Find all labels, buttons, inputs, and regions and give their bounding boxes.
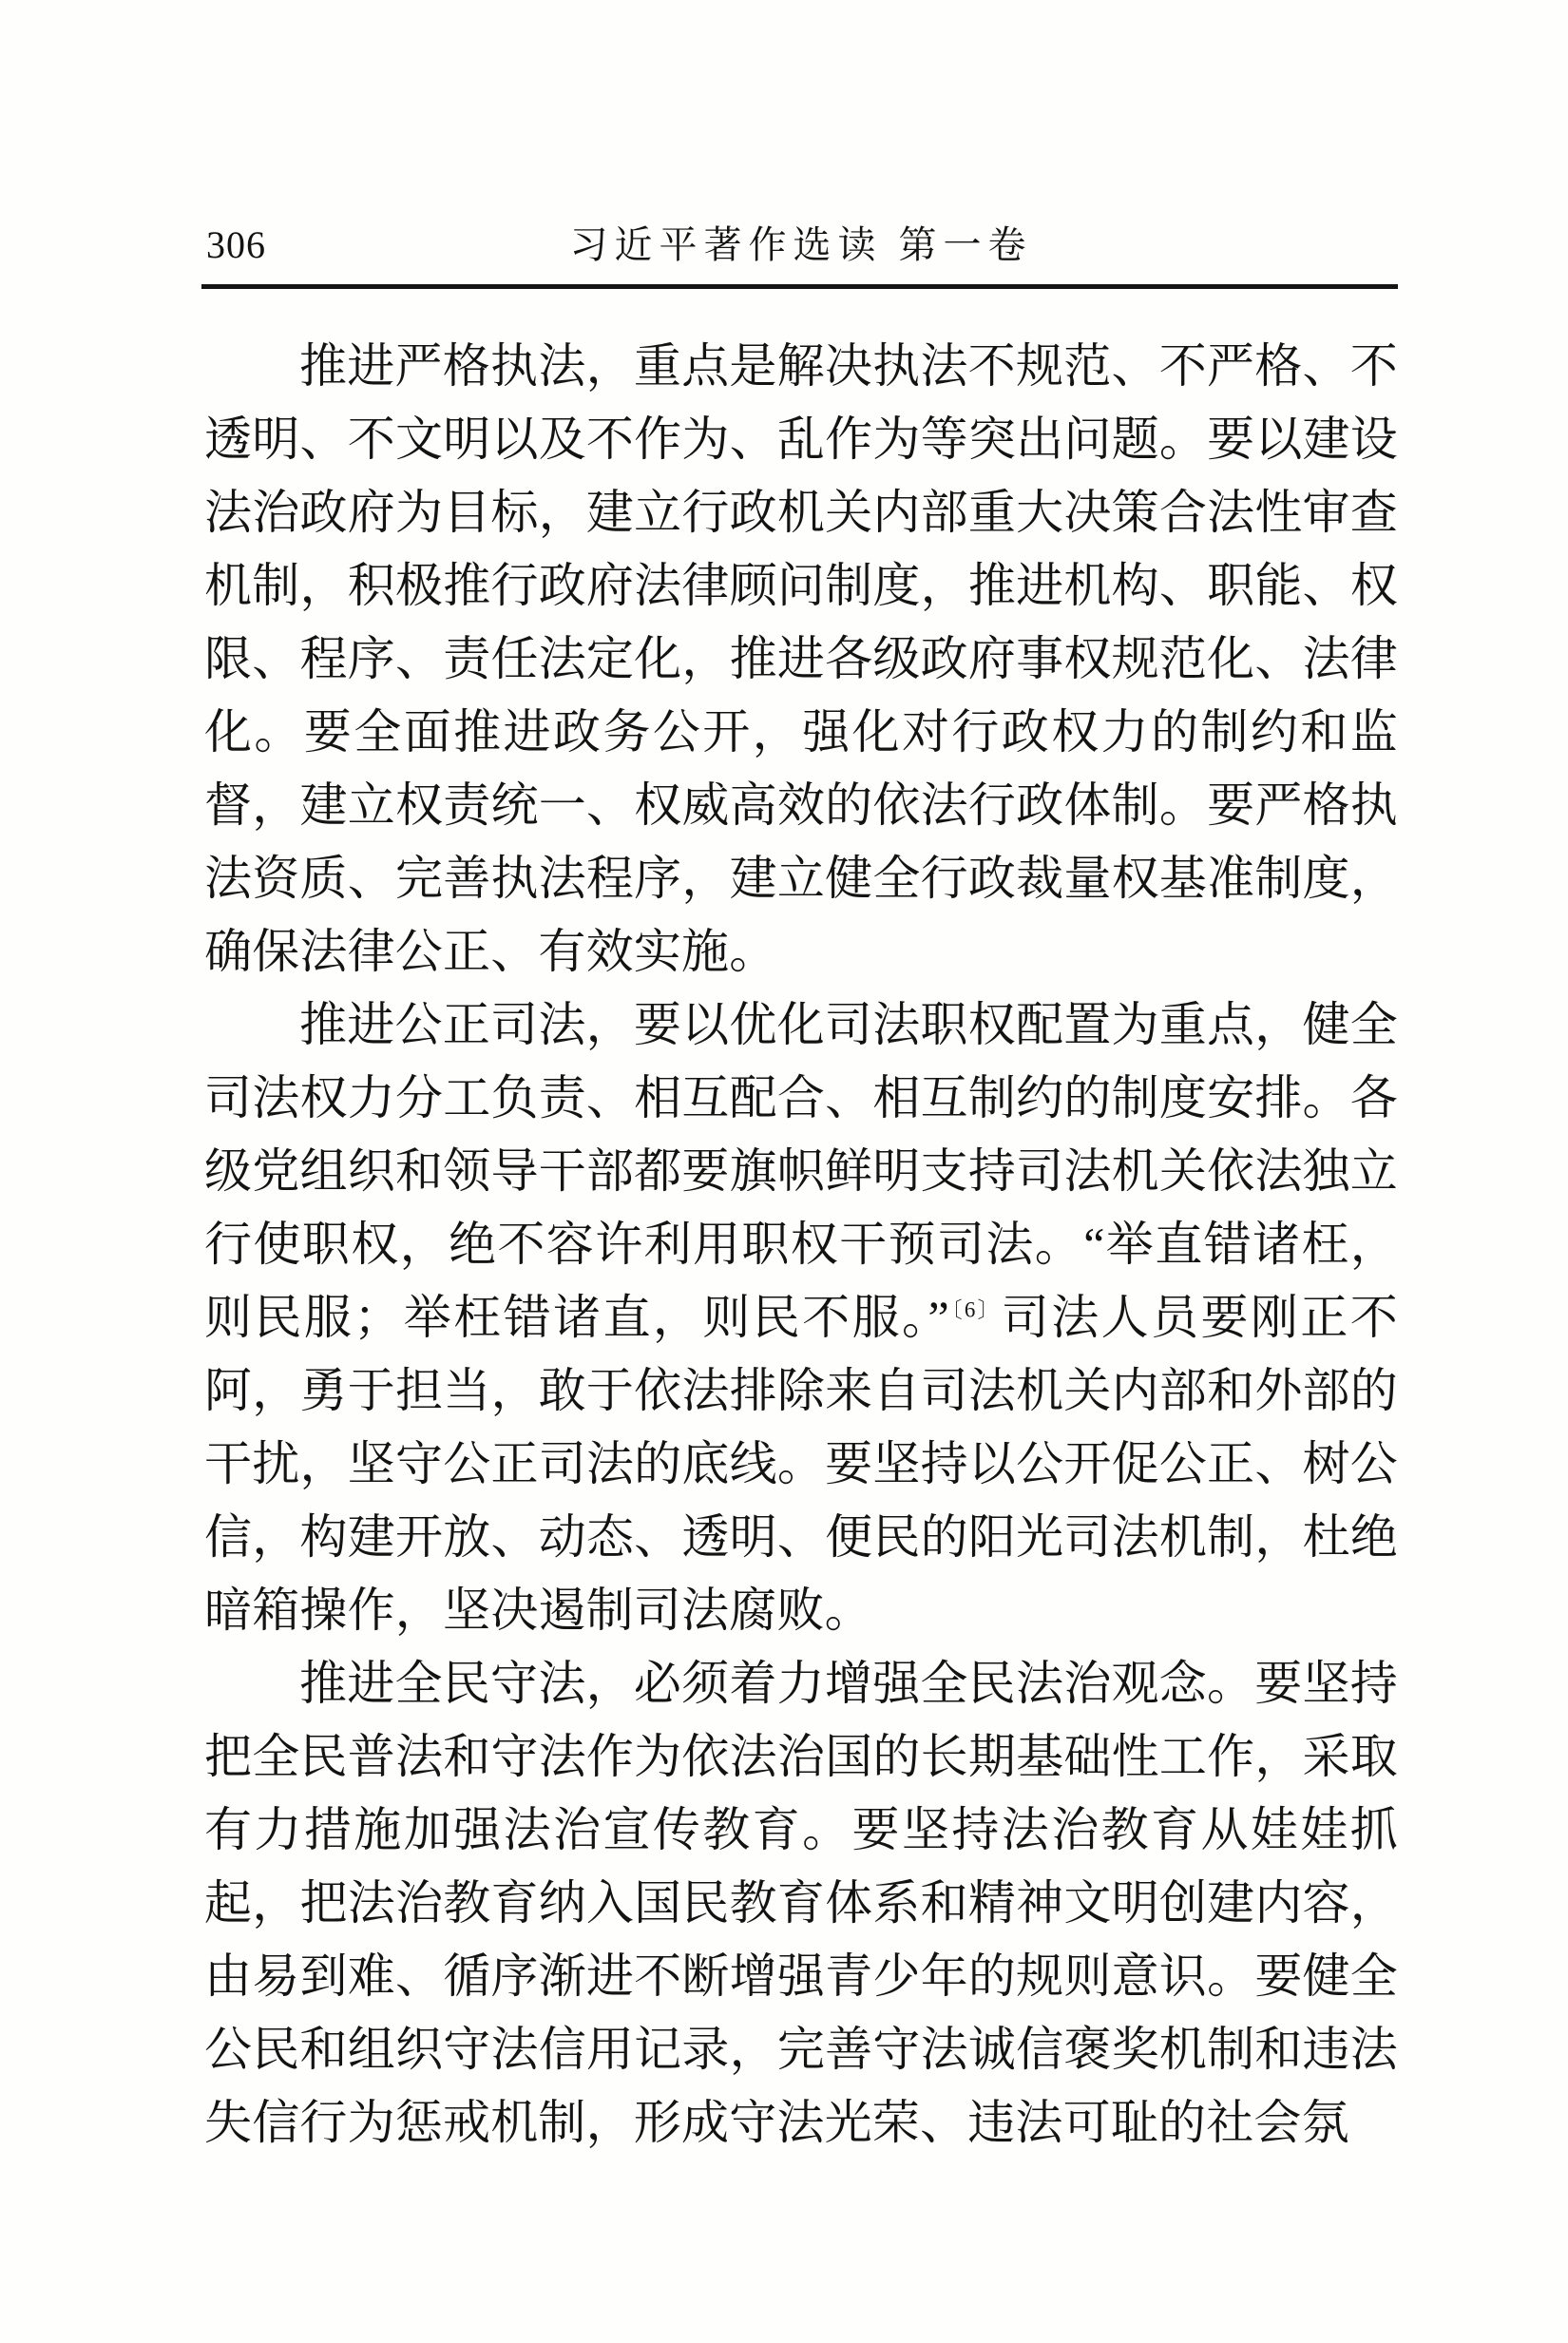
text-line: 暗箱操作，坚决遏制司法腐败。 — [204, 1574, 1398, 1647]
text-line: 推进全民守法，必须着力增强全民法治观念。要坚持 — [204, 1647, 1398, 1720]
page-header: 306 习近平著作选读 第一卷 — [204, 220, 1398, 271]
text-line: 阿，勇于担当，敢于依法排除来自司法机关内部和外部的 — [204, 1354, 1398, 1428]
text-line: 透明、不文明以及不作为、乱作为等突出问题。要以建设 — [204, 403, 1398, 476]
text-line: 限、程序、责任法定化，推进各级政府事权规范化、法律 — [204, 623, 1398, 696]
footnote-marker: 〔6〕 — [949, 1297, 1002, 1321]
text-line: 公民和组织守法信用记录，完善守法诚信褒奖机制和违法 — [204, 2013, 1398, 2086]
text-line: 把全民普法和守法作为依法治国的长期基础性工作，采取 — [204, 1720, 1398, 1794]
text-line: 由易到难、循序渐进不断增强青少年的规则意识。要健全 — [204, 1940, 1398, 2013]
text-line: 则民服；举枉错诸直，则民不服。”〔6〕司法人员要刚正不 — [204, 1281, 1398, 1354]
text-line: 法治政府为目标，建立行政机关内部重大决策合法性审查 — [204, 476, 1398, 549]
text-line: 化。要全面推进政务公开，强化对行政权力的制约和监 — [204, 696, 1398, 769]
page-number: 306 — [206, 220, 266, 271]
text-line: 行使职权，绝不容许利用职权干预司法。“举直错诸枉， — [204, 1208, 1398, 1281]
paragraph: 推进严格执法，重点是解决执法不规范、不严格、不透明、不文明以及不作为、乱作为等突… — [204, 330, 1398, 989]
text-line: 级党组织和领导干部都要旗帜鲜明支持司法机关依法独立 — [204, 1135, 1398, 1208]
text-line: 督，建立权责统一、权威高效的依法行政体制。要严格执 — [204, 769, 1398, 842]
paragraph: 推进全民守法，必须着力增强全民法治观念。要坚持把全民普法和守法作为依法治国的长期… — [204, 1647, 1398, 2160]
paragraph: 推进公正司法，要以优化司法职权配置为重点，健全司法权力分工负责、相互配合、相互制… — [204, 989, 1398, 1647]
text-line: 失信行为惩戒机制，形成守法光荣、违法可耻的社会氛 — [204, 2086, 1398, 2160]
body-text: 推进严格执法，重点是解决执法不规范、不严格、不透明、不文明以及不作为、乱作为等突… — [204, 330, 1398, 2160]
text-line: 推进公正司法，要以优化司法职权配置为重点，健全 — [204, 989, 1398, 1062]
text-line: 起，把法治教育纳入国民教育体系和精神文明创建内容， — [204, 1867, 1398, 1940]
header-rule — [201, 284, 1398, 289]
text-line: 推进严格执法，重点是解决执法不规范、不严格、不 — [204, 330, 1398, 403]
running-head-title: 习近平著作选读 第一卷 — [204, 220, 1398, 271]
text-line: 信，构建开放、动态、透明、便民的阳光司法机制，杜绝 — [204, 1501, 1398, 1574]
text-line: 有力措施加强法治宣传教育。要坚持法治教育从娃娃抓 — [204, 1794, 1398, 1867]
book-page: 306 习近平著作选读 第一卷 推进严格执法，重点是解决执法不规范、不严格、不透… — [0, 0, 1568, 2343]
text-line: 司法权力分工负责、相互配合、相互制约的制度安排。各 — [204, 1062, 1398, 1135]
text-line: 确保法律公正、有效实施。 — [204, 915, 1398, 989]
text-line: 干扰，坚守公正司法的底线。要坚持以公开促公正、树公 — [204, 1428, 1398, 1501]
text-line: 法资质、完善执法程序，建立健全行政裁量权基准制度， — [204, 842, 1398, 915]
text-line: 机制，积极推行政府法律顾问制度，推进机构、职能、权 — [204, 549, 1398, 623]
